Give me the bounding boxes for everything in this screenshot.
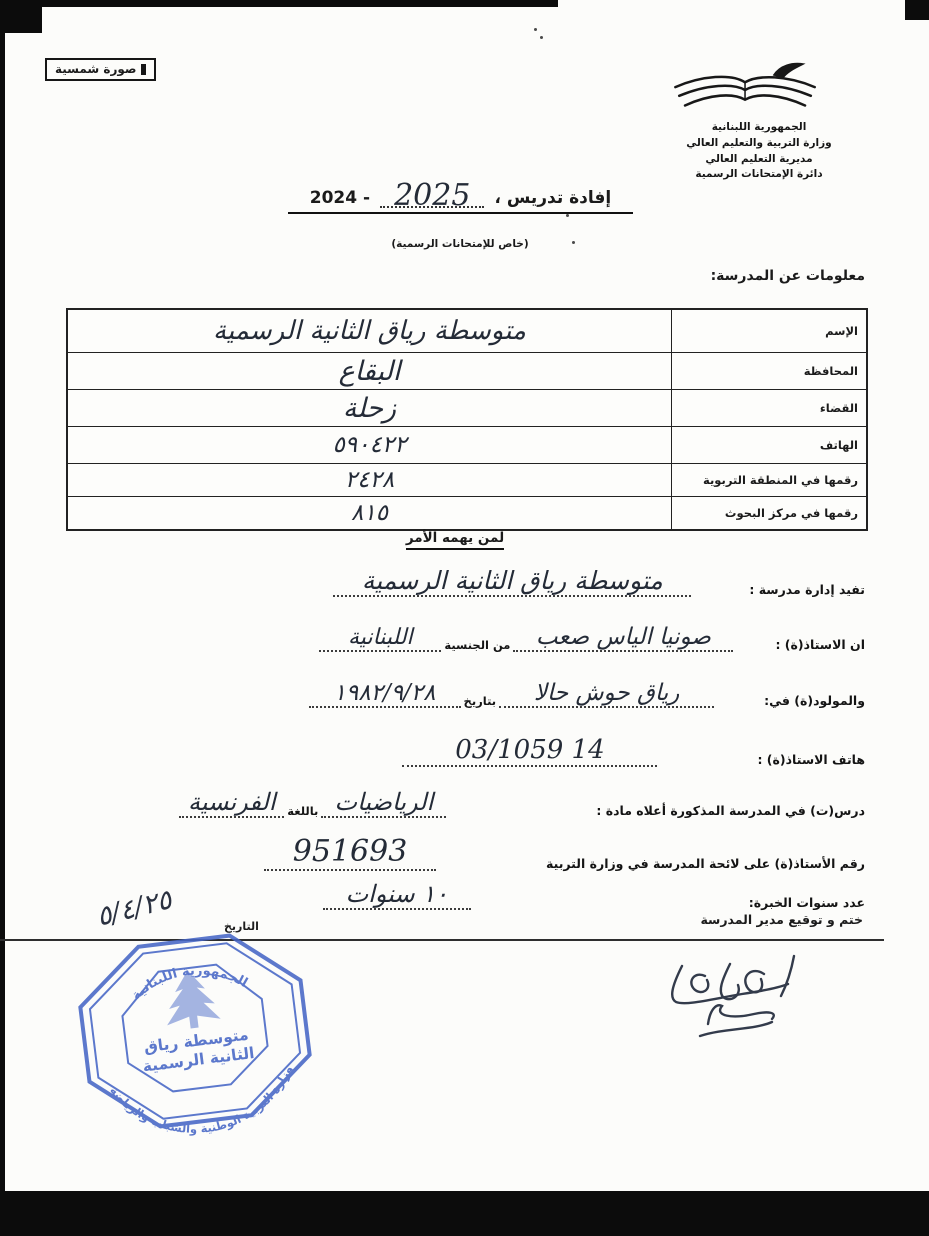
- scan-edge-bottom: [0, 1191, 929, 1236]
- table-label-name: الإسم: [671, 310, 866, 352]
- registry-label: رقم الأستاذ(ة) على لائحة المدرسة في وزار…: [546, 856, 865, 871]
- birth-date-label: بتاريخ: [464, 694, 497, 708]
- concern-heading: لمن يهمه الأمر: [406, 530, 504, 550]
- open-book-icon: [661, 60, 831, 120]
- table-label-governorate: المحافظة: [671, 353, 866, 389]
- table-value-research-number: ٨١٥: [351, 500, 388, 526]
- photo-box-label: صورة شمسية: [55, 62, 137, 76]
- subject-value: الرياضيات: [321, 788, 446, 818]
- form-row-teacher: ان الاستاذ(ة) : صونيا الياس صعب من الجنس…: [319, 624, 865, 652]
- scan-edge-top-left: [0, 0, 42, 33]
- table-value-district-number: ٢٤٢٨: [345, 467, 394, 493]
- registry-value: 951693: [264, 834, 436, 871]
- teacher-label: ان الاستاذ(ة) :: [775, 637, 865, 652]
- document-subtitle: (خاص للإمتحانات الرسمية): [330, 238, 590, 250]
- title-year-handwritten: 2025: [380, 186, 484, 208]
- birth-place-value: رياق حوش حالا: [499, 680, 714, 708]
- table-row: رقمها في المنطقة التربوية ٢٤٢٨: [68, 463, 866, 496]
- subject-label: درس(ت) في المدرسة المذكورة أعلاه مادة :: [596, 803, 865, 818]
- school-info-table: الإسم متوسطة رياق الثانية الرسمية المحاف…: [66, 308, 868, 531]
- ministry-line-exams-dept: دائرة الإمتحانات الرسمية: [651, 167, 867, 183]
- stamp-signature-label: ختم و توقيع مدير المدرسة: [700, 912, 863, 927]
- stamp-ring-bottom-text: وزارة التربية الوطنية والشباب والرياضة: [106, 1062, 303, 1138]
- principal-signature: [612, 946, 812, 1045]
- nationality-label: من الجنسية: [444, 638, 510, 652]
- ministry-line-ministry: وزارة التربية والتعليم العالي: [651, 136, 867, 152]
- table-row: الهاتف ٥٩٠٤٢٢: [68, 426, 866, 463]
- form-row-experience: عدد سنوات الخبرة: ١٠ سنوات: [323, 880, 865, 910]
- teacher-name-value: صونيا الياس صعب: [513, 624, 733, 652]
- form-row-phone: هاتف الاستاذ(ة) : 03/1059 14: [402, 735, 865, 767]
- ministry-header-text: الجمهورية اللبنانية وزارة التربية والتعل…: [651, 120, 867, 183]
- scan-speck: [566, 214, 569, 217]
- photo-box-mark-icon: [141, 64, 146, 75]
- title-text: إفادة تدريس ،: [494, 188, 611, 208]
- ministry-line-directorate: مديرية التعليم العالي: [651, 152, 867, 168]
- table-label-district: القضاء: [671, 390, 866, 426]
- form-row-birth: والمولود(ة) في: رياق حوش حالا بتاريخ ١٩٨…: [309, 680, 865, 708]
- photo-box: صورة شمسية: [45, 58, 156, 81]
- concern-heading-wrap: لمن يهمه الأمر: [330, 527, 580, 546]
- phone-label: هاتف الاستاذ(ة) :: [757, 752, 865, 767]
- school-info-heading: معلومات عن المدرسة:: [711, 268, 865, 284]
- experience-value: ١٠ سنوات: [323, 880, 471, 910]
- table-row: المحافظة البقاع: [68, 352, 866, 389]
- language-value: الفرنسية: [179, 788, 284, 818]
- title-year-printed: - 2024: [310, 188, 370, 208]
- form-row-subject: درس(ت) في المدرسة المذكورة أعلاه مادة : …: [179, 788, 865, 818]
- table-row: الإسم متوسطة رياق الثانية الرسمية: [68, 310, 866, 352]
- scan-speck: [534, 28, 537, 31]
- table-label-district-number: رقمها في المنطقة التربوية: [671, 464, 866, 496]
- table-value-governorate: البقاع: [339, 356, 401, 387]
- scan-edge-left: [0, 0, 5, 1196]
- table-label-phone: الهاتف: [671, 427, 866, 463]
- table-row: رقمها في مركز البحوث ٨١٥: [68, 496, 866, 529]
- phone-value: 03/1059 14: [402, 735, 657, 767]
- form-row-registry: رقم الأستاذ(ة) على لائحة المدرسة في وزار…: [264, 834, 865, 871]
- scan-speck: [540, 36, 543, 39]
- school-intro-value: متوسطة رياق الثانية الرسمية: [333, 566, 691, 597]
- scan-edge-top: [0, 0, 558, 7]
- nationality-value: اللبنانية: [319, 625, 441, 652]
- language-label: باللغة: [287, 804, 318, 818]
- table-label-research-number: رقمها في مركز البحوث: [671, 497, 866, 529]
- table-row: القضاء زحلة: [68, 389, 866, 426]
- ministry-line-republic: الجمهورية اللبنانية: [651, 120, 867, 136]
- table-value-name: متوسطة رياق الثانية الرسمية: [213, 316, 526, 346]
- birth-date-value: ١٩٨٢/٩/٢٨: [309, 680, 461, 708]
- school-stamp: الجمهورية اللبنانية وزارة التربية الوطني…: [66, 924, 324, 1142]
- scan-edge-top-right: [905, 0, 929, 20]
- experience-label: عدد سنوات الخبرة:: [749, 895, 865, 910]
- table-value-district: زحلة: [343, 393, 396, 424]
- form-row-school: تفيد إدارة مدرسة : متوسطة رياق الثانية ا…: [333, 566, 865, 597]
- table-value-phone: ٥٩٠٤٢٢: [332, 432, 406, 458]
- school-intro-label: تفيد إدارة مدرسة :: [749, 582, 865, 597]
- octagon-stamp-icon: الجمهورية اللبنانية وزارة التربية الوطني…: [66, 924, 324, 1138]
- birth-label: والمولود(ة) في:: [764, 693, 865, 708]
- ministry-logo: [661, 60, 831, 120]
- svg-text:وزارة التربية الوطنية والشباب: وزارة التربية الوطنية والشباب والرياضة: [106, 1062, 303, 1138]
- signature-strokes-icon: [612, 946, 812, 1041]
- document-title: إفادة تدريس ، 2025 - 2024: [288, 186, 633, 214]
- scanned-document-page: صورة شمسية الجمهورية اللبنانية وزارة الت…: [0, 0, 929, 1236]
